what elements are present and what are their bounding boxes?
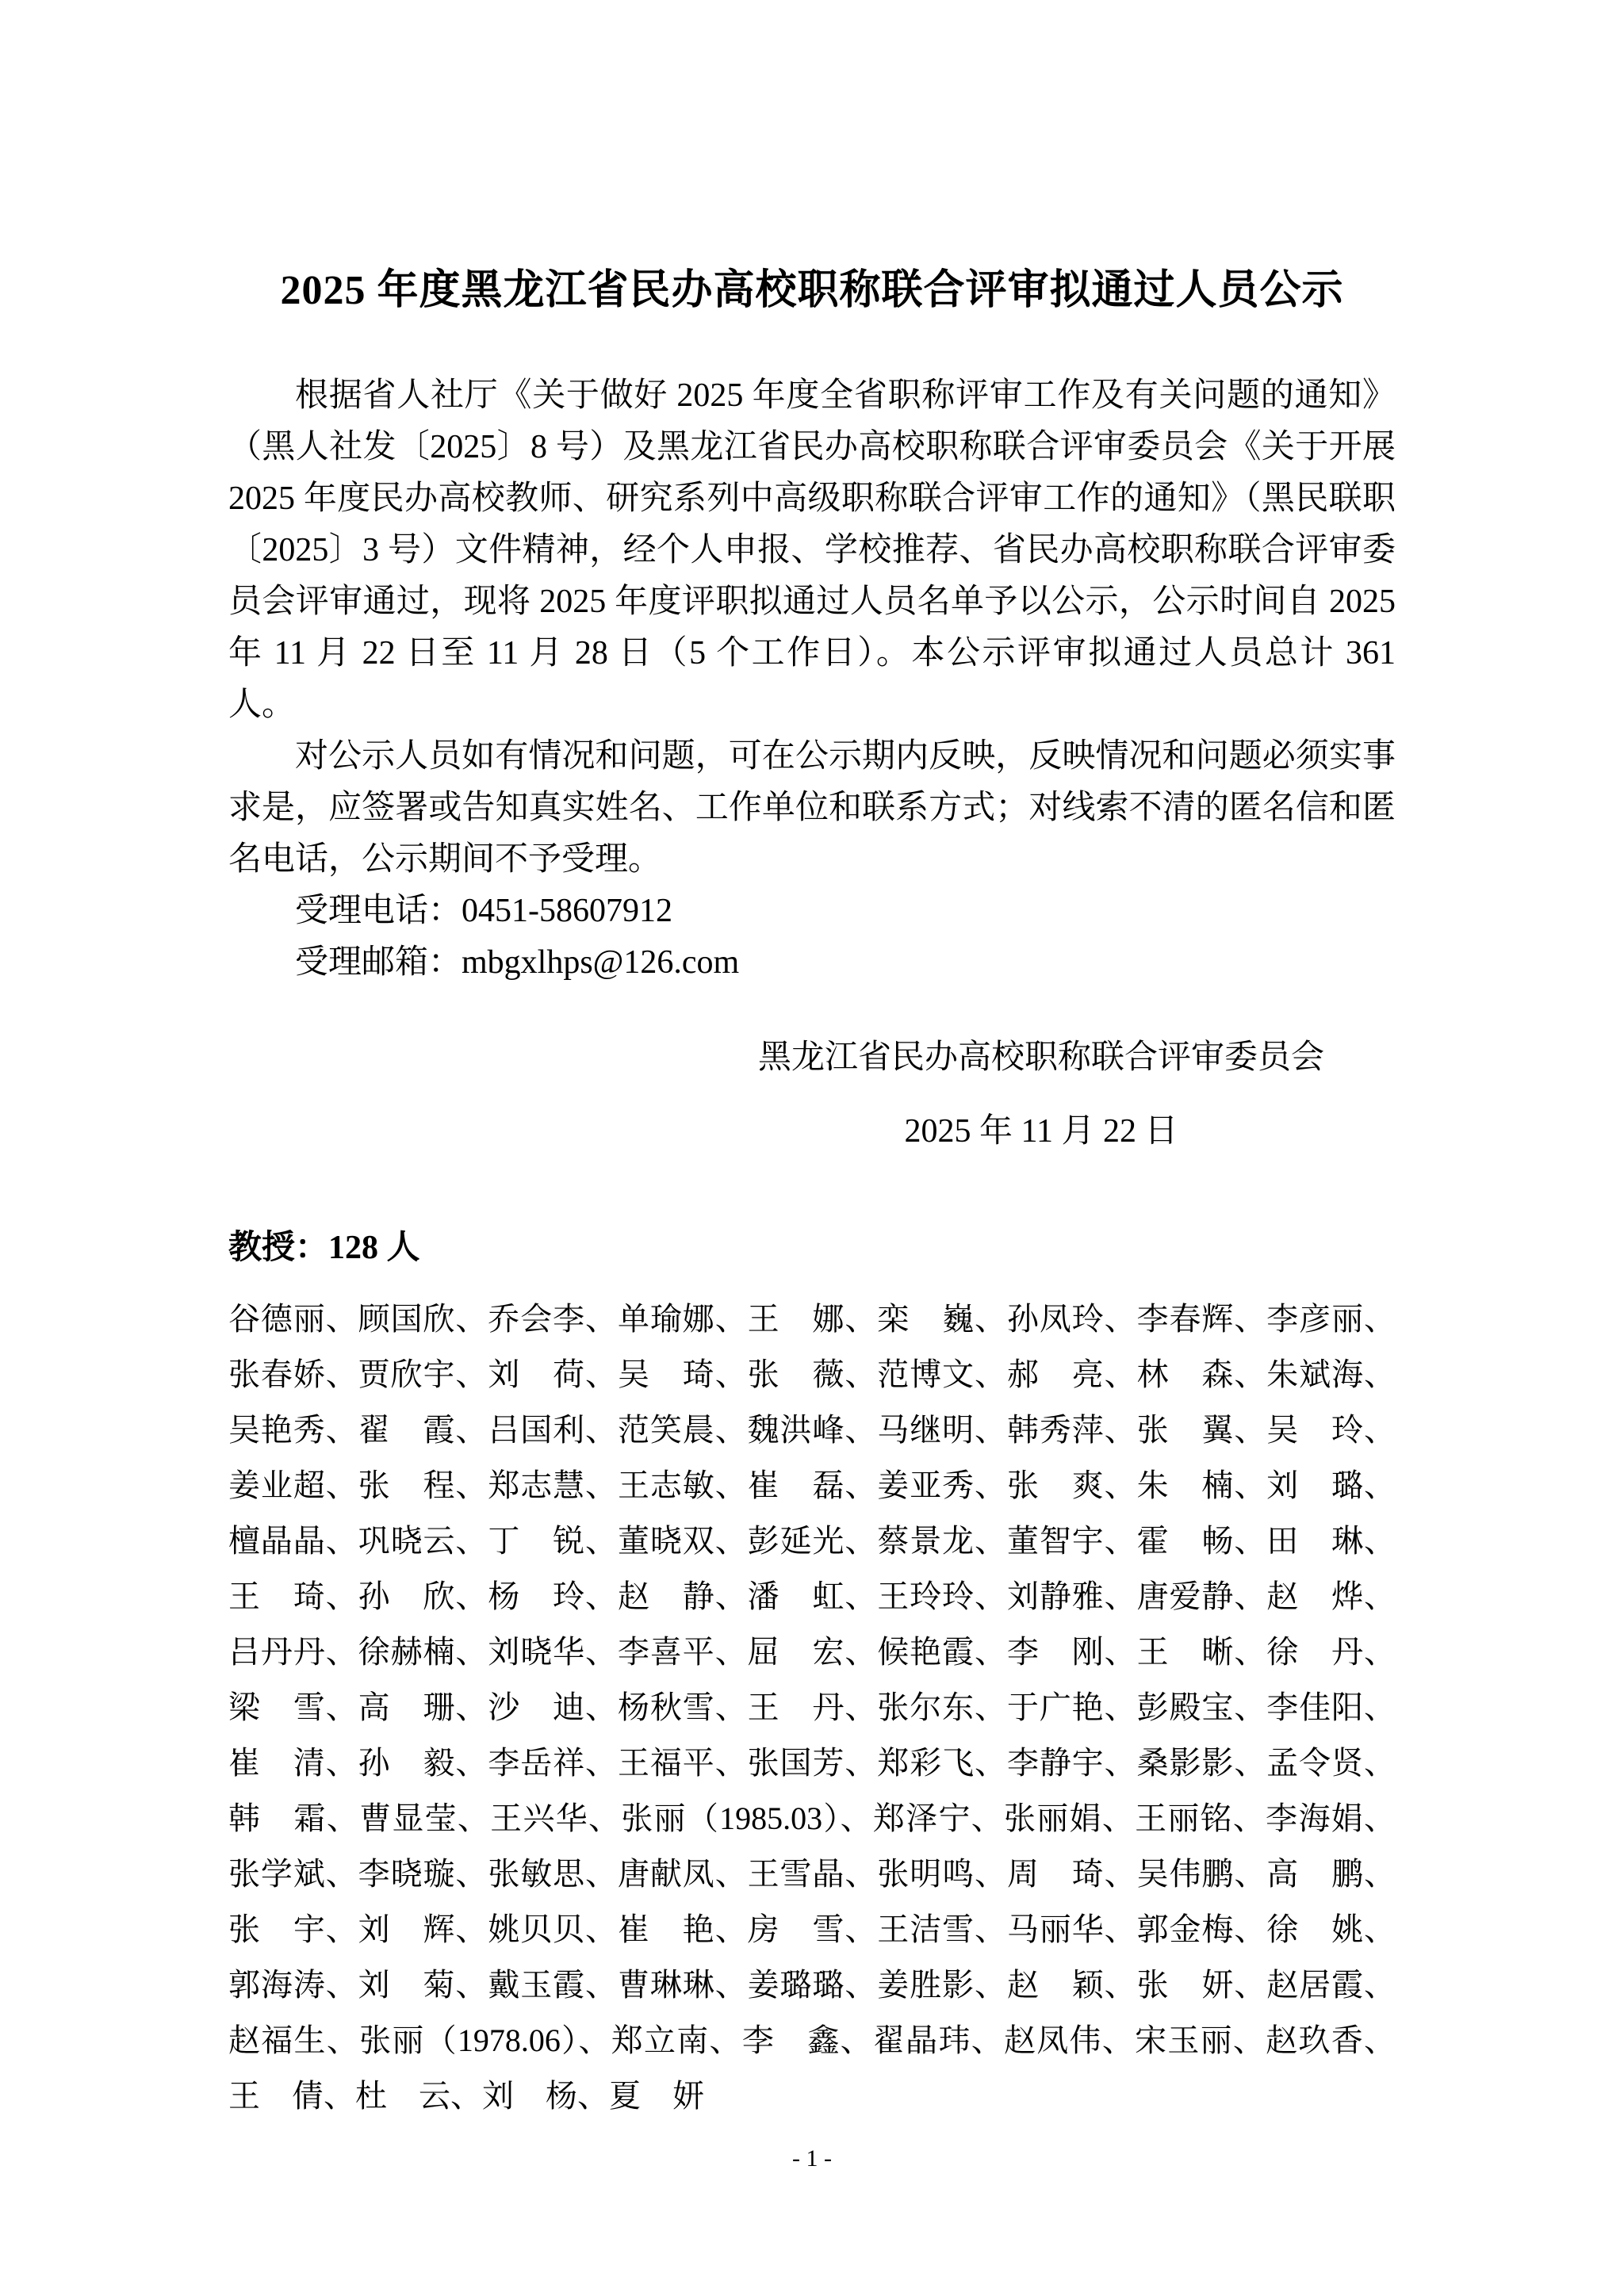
paragraph-feedback-rules: 对公示人员如有情况和问题，可在公示期内反映，反映情况和问题必须实事求是，应签署或… (228, 731, 1396, 886)
name-line: 郭海涛、刘 菊、戴玉霞、曹琳琳、姜璐璐、姜胜影、赵 颖、张 妍、赵居霞、 (228, 1957, 1396, 2013)
name-line: 梁 雪、高 珊、沙 迪、杨秋雪、王 丹、张尔东、于广艳、彭殿宝、李佳阳、 (228, 1680, 1396, 1735)
name-line: 檀晶晶、巩晓云、丁 锐、董晓双、彭延光、蔡景龙、董智宇、霍 畅、田 琳、 (228, 1513, 1396, 1569)
name-line: 崔 清、孙 毅、李岳祥、王福平、张国芳、郑彩飞、李静宇、桑影影、孟令贤、 (228, 1735, 1396, 1791)
name-line: 吕丹丹、徐赫楠、刘晓华、李喜平、屈 宏、候艳霞、李 刚、王 晰、徐 丹、 (228, 1624, 1396, 1680)
professor-name-list: 谷德丽、顾国欣、乔会李、单瑜娜、王 娜、栾 巍、孙凤玲、李春辉、李彦丽、 张春娇… (228, 1291, 1396, 2124)
paragraph-basis: 根据省人社厅《关于做好 2025 年度全省职称评审工作及有关问题的通知》（黑人社… (228, 370, 1396, 731)
name-line: 王 琦、孙 欣、杨 玲、赵 静、潘 虹、王玲玲、刘静雅、唐爱静、赵 烨、 (228, 1569, 1396, 1624)
name-line: 韩 霜、曹显莹、王兴华、张丽（1985.03）、郑泽宁、张丽娟、王丽铭、李海娟、 (228, 1791, 1396, 1846)
signature-date: 2025 年 11 月 22 日 (758, 1106, 1324, 1158)
signature-block: 黑龙江省民办高校职称联合评审委员会 2025 年 11 月 22 日 (758, 1032, 1324, 1158)
name-line: 吴艳秀、翟 霞、吕国利、范笑晨、魏洪峰、马继明、韩秀萍、张 翼、吴 玲、 (228, 1402, 1396, 1458)
name-line: 张春娇、贾欣宇、刘 荷、吴 琦、张 薇、范博文、郝 亮、林 森、朱斌海、 (228, 1347, 1396, 1402)
name-line: 张学斌、李晓璇、张敏思、唐献凤、王雪晶、张明鸣、周 琦、吴伟鹏、高 鹏、 (228, 1846, 1396, 1902)
name-line: 王 倩、杜 云、刘 杨、夏 妍 (228, 2068, 1396, 2124)
name-line: 谷德丽、顾国欣、乔会李、单瑜娜、王 娜、栾 巍、孙凤玲、李春辉、李彦丽、 (228, 1291, 1396, 1347)
professor-section-heading: 教授：128 人 (228, 1223, 1396, 1274)
contact-phone-line: 受理电话：0451-58607912 (228, 886, 1396, 937)
page-number: - 1 - (0, 2145, 1624, 2173)
contact-email-line: 受理邮箱：mbgxlhps@126.com (228, 937, 1396, 989)
document-title: 2025 年度黑龙江省民办高校职称联合评审拟通过人员公示 (228, 266, 1396, 316)
name-line: 张 宇、刘 辉、姚贝贝、崔 艳、房 雪、王洁雪、马丽华、郭金梅、徐 姚、 (228, 1902, 1396, 1957)
signature-issuer: 黑龙江省民办高校职称联合评审委员会 (758, 1039, 1324, 1076)
document-page: 2025 年度黑龙江省民办高校职称联合评审拟通过人员公示 根据省人社厅《关于做好… (0, 0, 1624, 2296)
name-line: 赵福生、张丽（1978.06）、郑立南、李 鑫、翟晶玮、赵凤伟、宋玉丽、赵玖香、 (228, 2013, 1396, 2068)
name-line: 姜业超、张 程、郑志慧、王志敏、崔 磊、姜亚秀、张 爽、朱 楠、刘 璐、 (228, 1458, 1396, 1513)
document-body: 根据省人社厅《关于做好 2025 年度全省职称评审工作及有关问题的通知》（黑人社… (228, 370, 1396, 989)
